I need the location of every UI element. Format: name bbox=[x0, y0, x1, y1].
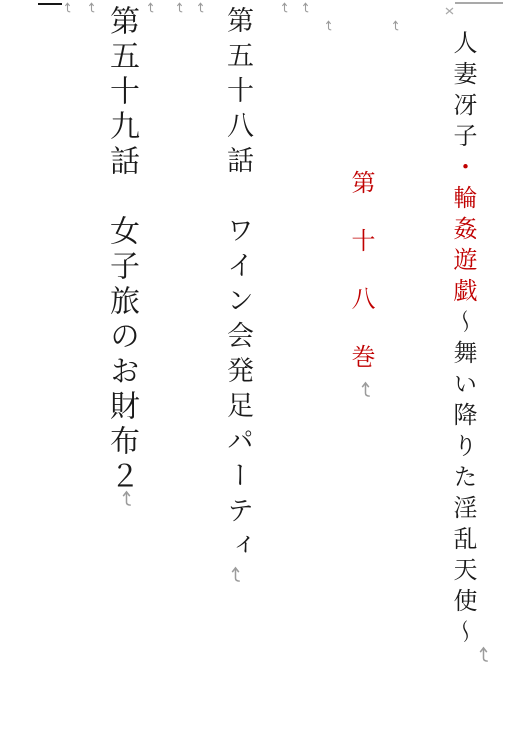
return-mark-icon bbox=[229, 566, 242, 583]
series-title-line[interactable]: 人妻冴子・輪姦遊戯～舞い降りた淫乱天使～ bbox=[451, 30, 475, 650]
volume-line[interactable]: 第 十 八 巻 bbox=[349, 170, 373, 373]
anchor-mark-icon bbox=[445, 0, 454, 19]
volume-label: 第 十 八 巻 bbox=[347, 170, 375, 373]
return-mark-icon bbox=[324, 20, 333, 31]
return-mark-icon bbox=[63, 2, 72, 13]
episode-58-line[interactable]: 第五十八話 ワイン会発足パーティ bbox=[224, 6, 251, 566]
return-mark-icon bbox=[359, 381, 372, 398]
return-mark-icon bbox=[301, 2, 310, 13]
series-title-red-middle: ・輪姦遊戯 bbox=[449, 154, 477, 309]
document-page[interactable]: 人妻冴子・輪姦遊戯～舞い降りた淫乱天使～ 第 十 八 巻 第五十八話 ワイン会発… bbox=[0, 0, 520, 742]
series-title-black-suffix: ～舞い降りた淫乱天使～ bbox=[449, 309, 477, 650]
return-mark-icon bbox=[146, 2, 155, 13]
episode-59-label: 第五十九話 女子旅のお財布２ bbox=[104, 5, 139, 495]
episode-59-line[interactable]: 第五十九話 女子旅のお財布２ bbox=[106, 5, 136, 495]
episode-58-label: 第五十八話 ワイン会発足パーティ bbox=[222, 6, 253, 566]
series-title-black-prefix: 人妻冴子 bbox=[449, 30, 477, 154]
top-right-rule bbox=[455, 2, 503, 4]
top-left-rule bbox=[38, 3, 62, 5]
return-mark-icon bbox=[175, 2, 184, 13]
return-mark-icon bbox=[280, 2, 289, 13]
return-mark-icon bbox=[87, 2, 96, 13]
return-mark-icon bbox=[477, 646, 490, 663]
return-mark-icon bbox=[196, 2, 205, 13]
return-mark-icon bbox=[391, 20, 400, 31]
